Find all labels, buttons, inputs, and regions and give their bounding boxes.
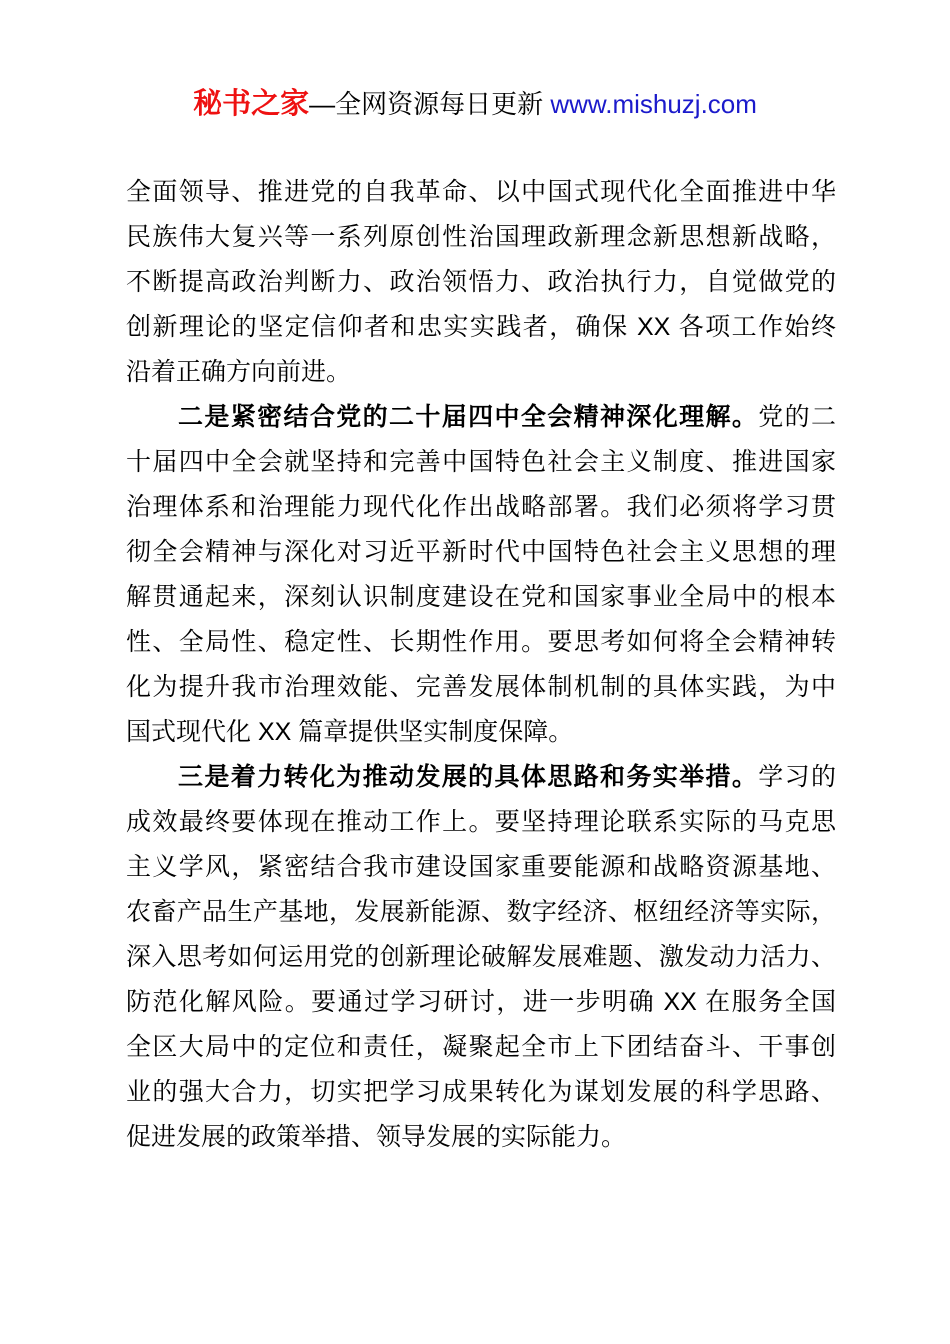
body-text-line: 业的强大合力，切实把学习成果转化为谋划发展的科学思路、 [126, 1070, 836, 1115]
paragraph-text: 业的强大合力，切实把学习成果转化为谋划发展的科学思路、 [126, 1078, 836, 1106]
body-text-line: 十届四中全会就坚持和完善中国特色社会主义制度、推进国家 [126, 440, 836, 485]
body-text-line: 防范化解风险。要通过学习研讨，进一步明确 XX 在服务全国 [126, 980, 836, 1025]
paragraph-text: 民族伟大复兴等一系列原创性治国理政新理念新思想新战略， [126, 223, 836, 251]
paragraph-text: 深入思考如何运用党的创新理论破解发展难题、激发动力活力、 [126, 943, 836, 971]
body-text-line: 性、全局性、稳定性、长期性作用。要思考如何将全会精神转 [126, 620, 836, 665]
body-text-line: 化为提升我市治理效能、完善发展体制机制的具体实践，为中 [126, 665, 836, 710]
paragraph-text: 党的二 [758, 403, 836, 431]
body-text-line: 创新理论的坚定信仰者和忠实实践者，确保 XX 各项工作始终 [126, 305, 836, 350]
body-text-line: 彻全会精神与深化对习近平新时代中国特色社会主义思想的理 [126, 530, 836, 575]
body-text-line: 促进发展的政策举措、领导发展的实际能力。 [126, 1115, 836, 1160]
body-text-line: 农畜产品生产基地，发展新能源、数字经济、枢纽经济等实际， [126, 890, 836, 935]
paragraph-text: 国式现代化 XX 篇章提供坚实制度保障。 [126, 718, 573, 746]
body-text-line: 三是着力转化为推动发展的具体思路和务实举措。学习的 [126, 755, 836, 800]
site-tagline: —全网资源每日更新 [309, 89, 550, 119]
body-text-line: 成效最终要体现在推动工作上。要坚持理论联系实际的马克思 [126, 800, 836, 845]
paragraph-text: 防范化解风险。要通过学习研讨，进一步明确 XX 在服务全国 [126, 988, 836, 1016]
paragraph-text: 不断提高政治判断力、政治领悟力、政治执行力，自觉做党的 [126, 268, 836, 296]
body-text-line: 深入思考如何运用党的创新理论破解发展难题、激发动力活力、 [126, 935, 836, 980]
paragraph-text: 沿着正确方向前进。 [126, 358, 351, 386]
paragraph-lead-bold: 三是着力转化为推动发展的具体思路和务实举措。 [178, 763, 758, 791]
body-text-line: 二是紧密结合党的二十届四中全会精神深化理解。党的二 [126, 395, 836, 440]
watermark-header: 秘书之家—全网资源每日更新 www.mishuzj.com [0, 84, 950, 124]
paragraph-text: 解贯通起来，深刻认识制度建设在党和国家事业全局中的根本 [126, 583, 836, 611]
paragraph-text: 成效最终要体现在推动工作上。要坚持理论联系实际的马克思 [126, 808, 836, 836]
document-page: 秘书之家—全网资源每日更新 www.mishuzj.com 全面领导、推进党的自… [0, 0, 950, 1344]
paragraph-text: 促进发展的政策举措、领导发展的实际能力。 [126, 1123, 626, 1151]
paragraph-text: 学习的 [758, 763, 836, 791]
body-text-line: 国式现代化 XX 篇章提供坚实制度保障。 [126, 710, 836, 755]
body-text-line: 治理体系和治理能力现代化作出战略部署。我们必须将学习贯 [126, 485, 836, 530]
body-text-line: 沿着正确方向前进。 [126, 350, 836, 395]
paragraph-text: 化为提升我市治理效能、完善发展体制机制的具体实践，为中 [126, 673, 836, 701]
paragraph-lead-bold: 二是紧密结合党的二十届四中全会精神深化理解。 [178, 403, 758, 431]
paragraph-text: 治理体系和治理能力现代化作出战略部署。我们必须将学习贯 [126, 493, 836, 521]
paragraph-text: 全区大局中的定位和责任，凝聚起全市上下团结奋斗、干事创 [126, 1033, 836, 1061]
paragraph-text: 性、全局性、稳定性、长期性作用。要思考如何将全会精神转 [126, 628, 836, 656]
paragraph-text: 创新理论的坚定信仰者和忠实实践者，确保 XX 各项工作始终 [126, 313, 836, 341]
paragraph-text: 十届四中全会就坚持和完善中国特色社会主义制度、推进国家 [126, 448, 836, 476]
document-body: 全面领导、推进党的自我革命、以中国式现代化全面推进中华民族伟大复兴等一系列原创性… [126, 170, 836, 1160]
body-text-line: 不断提高政治判断力、政治领悟力、政治执行力，自觉做党的 [126, 260, 836, 305]
body-text-line: 民族伟大复兴等一系列原创性治国理政新理念新思想新战略， [126, 215, 836, 260]
body-text-line: 全面领导、推进党的自我革命、以中国式现代化全面推进中华 [126, 170, 836, 215]
body-text-line: 主义学风，紧密结合我市建设国家重要能源和战略资源基地、 [126, 845, 836, 890]
paragraph-text: 主义学风，紧密结合我市建设国家重要能源和战略资源基地、 [126, 853, 836, 881]
paragraph-text: 全面领导、推进党的自我革命、以中国式现代化全面推进中华 [126, 178, 836, 206]
body-text-line: 全区大局中的定位和责任，凝聚起全市上下团结奋斗、干事创 [126, 1025, 836, 1070]
site-brand: 秘书之家 [193, 88, 309, 120]
body-text-line: 解贯通起来，深刻认识制度建设在党和国家事业全局中的根本 [126, 575, 836, 620]
site-url[interactable]: www.mishuzj.com [550, 89, 757, 119]
paragraph-text: 彻全会精神与深化对习近平新时代中国特色社会主义思想的理 [126, 538, 836, 566]
paragraph-text: 农畜产品生产基地，发展新能源、数字经济、枢纽经济等实际， [126, 898, 836, 926]
